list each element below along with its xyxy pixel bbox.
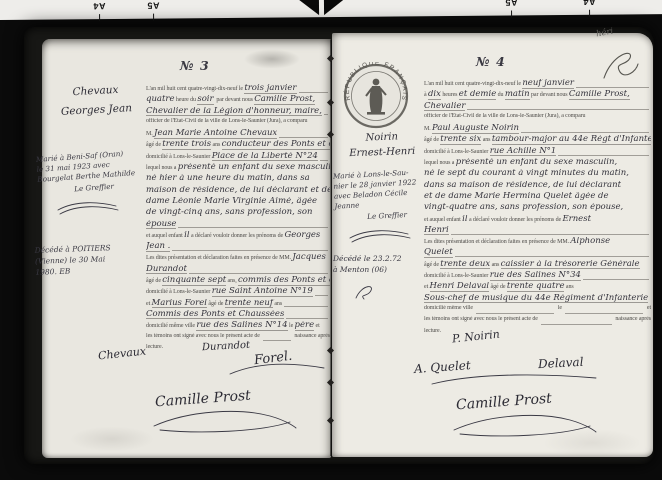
blank-rule: [315, 295, 328, 296]
printed-text: domicilié à Lons-le-Saunier: [424, 149, 490, 155]
blank-rule: [279, 137, 328, 138]
handwritten-text: et demie: [459, 90, 496, 100]
blank-rule: [178, 227, 328, 228]
handwritten-text: Marius Forel: [152, 299, 207, 309]
handwritten-text: dix: [428, 90, 441, 100]
film-marker: A5: [498, 0, 524, 18]
handwritten-text: rue Saint Antoine N°19: [212, 287, 313, 297]
handwritten-text: maison de résidence, de lui déclarant et…: [146, 186, 330, 195]
handwritten-text: vingt-quatre ans, sans profession, son é…: [424, 203, 623, 212]
record-line: maison de résidence, de lui déclarant et…: [146, 186, 330, 197]
revenue-stamp: RÉPUBLIQUE FRANÇAISE: [342, 62, 410, 130]
record-line: Quelet: [424, 248, 651, 259]
handwritten-text: rue des Salines N°34: [490, 271, 581, 281]
printed-text: du: [190, 97, 197, 103]
handwritten-text: trente neuf: [225, 299, 273, 309]
record-line: domicilié à Lons-le-Saunier rue des Sali…: [424, 271, 651, 282]
printed-text: âgé de: [207, 301, 225, 307]
film-marker-tick: [511, 10, 512, 17]
handwritten-text: rue des Salines N°14: [196, 321, 287, 331]
handwritten-text: trois janvier: [244, 84, 296, 94]
handwritten-text: père: [295, 321, 315, 331]
printed-text: ans: [490, 262, 501, 268]
handwritten-text: dans sa maison de résidence, de lui décl…: [424, 181, 621, 190]
record-line: M. Paul Auguste Noirin: [424, 124, 651, 135]
handwritten-text: Georges: [284, 231, 320, 240]
handwritten-text: né hier à une heure du matin, dans sa: [146, 174, 310, 183]
greffier-paraph-icon: [348, 226, 412, 244]
film-marker-label: A5: [147, 1, 160, 11]
printed-text: domicilié à Lons-le-Saunier: [424, 273, 490, 279]
record-line: domicilié à Lons-le-Saunier rue Saint An…: [146, 287, 330, 298]
act-body-right: L'an mil huit cent quatre-vingt-dix-neuf…: [424, 79, 651, 339]
printed-text: officier de l'État-Civil de la ville de …: [424, 113, 585, 119]
printed-text: les témoins ont signé avec nous le prése…: [424, 316, 539, 322]
handwritten-text: quatre: [146, 95, 175, 104]
handwritten-text: Alphonse: [570, 237, 610, 246]
record-line: Commis des Ponts et Chaussées: [146, 310, 330, 321]
film-marker-tick: [153, 14, 154, 21]
record-line: et de dame Marie Hermina Quelet âgée de: [424, 192, 651, 203]
printed-text: L'an mil huit cent quatre-vingt-dix-neuf…: [424, 81, 522, 87]
printed-text: M.: [424, 126, 432, 132]
handwritten-text: Ernest: [562, 215, 591, 224]
printed-text: lecture.: [424, 328, 441, 334]
printed-text: naissance après: [614, 316, 651, 322]
printed-text: le: [288, 323, 295, 329]
margin-name-right: Noirin Ernest-Henri: [336, 128, 429, 161]
handwritten-text: Jean .: [146, 242, 170, 252]
record-line: domicilié même ville rue des Salines N°1…: [146, 321, 330, 332]
signature-flourish-icon: [150, 408, 300, 434]
handwritten-text: épouse: [146, 220, 176, 230]
record-line: domicilié à Lons-le-Saunier Place de la …: [146, 152, 330, 163]
signature-flourish-icon: [228, 360, 328, 378]
act-number-left: № 3: [180, 58, 210, 73]
handwritten-text: Jean Marie Antoine Chevaux: [154, 129, 277, 139]
printed-text: a déclaré vouloir donner les prénoms de: [468, 217, 563, 223]
record-line: et Henri Delaval âgé de trente quatre an…: [424, 282, 651, 293]
record-line: âgé de trente deux ans caissier à la tré…: [424, 260, 651, 271]
handwritten-text: tambour-major au 44e Régt d'Infanterie: [492, 135, 651, 145]
printed-text: a déclaré vouloir donner les prénoms de: [190, 233, 285, 239]
blank-rule: [451, 234, 649, 235]
film-marker: A4: [86, 0, 112, 21]
printed-text: officier de l'État-Civil de la ville de …: [146, 118, 307, 124]
film-marker-label: A4: [583, 0, 596, 7]
handwritten-text: Camille Prost,: [254, 95, 315, 105]
margin-note-death-left: Décédé à POITIERS (Vienne) le 30 Mai 198…: [34, 241, 139, 278]
blank-rule: [521, 132, 649, 133]
handwritten-text: Henri Delaval: [430, 282, 490, 292]
record-line: âgé de trente six ans tambour-major au 4…: [424, 135, 651, 146]
printed-text: âgé de: [424, 262, 440, 268]
blank-rule: [455, 256, 649, 257]
printed-text: par devant nous: [530, 92, 569, 98]
printed-text: par devant nous: [214, 97, 255, 103]
record-line: Henri: [424, 226, 651, 237]
record-line: à dix heures et demie du matin par devan…: [424, 90, 651, 101]
handwritten-text: Henri: [424, 226, 449, 236]
record-line: L'an mil huit cent quatre-vingt-dix-neuf…: [424, 79, 651, 90]
film-marker: A5: [140, 0, 166, 21]
handwritten-text: Jacques: [292, 253, 326, 262]
printed-text: ans,: [226, 278, 238, 284]
handwritten-text: et de dame Marie Hermina Quelet âgée de: [424, 192, 609, 201]
frame-separator-mark-icon: [324, 0, 351, 15]
printed-text: domicilié même ville: [424, 305, 474, 311]
handwritten-text: présenté un enfant du sexe masculin,: [178, 163, 330, 172]
blank-rule: [189, 273, 328, 274]
handwritten-text: présenté un enfant du sexe masculin,: [456, 158, 617, 167]
margin-name-left: Chevaux Georges Jean: [45, 79, 147, 122]
printed-text: domicilié à Lons-le-Saunier: [146, 289, 212, 295]
act-body-left: L'an mil huit cent quatre-vingt-dix-neuf…: [146, 84, 330, 355]
handwritten-text: rue Achille N°1: [490, 147, 557, 157]
printed-text: naissance après: [293, 333, 330, 339]
record-line: Les dites présentation et déclaration fa…: [146, 253, 330, 264]
handwritten-text: Sous-chef de musique du 44e Régiment d'I…: [424, 294, 648, 304]
record-line: officier de l'État-Civil de la ville de …: [146, 118, 330, 129]
handwritten-text: trente deux: [440, 260, 490, 270]
margin-note-death-right: Décédé le 23.2.72 à Menton (06): [333, 253, 429, 275]
printed-text: heures: [441, 92, 459, 98]
handwritten-text: trente trois: [162, 140, 211, 150]
record-line: épouse: [146, 220, 330, 231]
printed-text: ans: [211, 142, 222, 148]
blank-rule: [284, 306, 328, 307]
blank-rule: [299, 92, 329, 93]
printed-text: lecture.: [146, 344, 163, 350]
handwritten-text: matin: [505, 90, 530, 100]
blank-rule: [286, 318, 328, 319]
record-line: Durandot: [146, 265, 330, 276]
signature-witness-2: Delaval: [538, 355, 584, 371]
greffier-paraph-icon: [56, 198, 120, 216]
blank-rule: [476, 313, 554, 314]
handwritten-text: commis des Ponts et chaussées: [238, 276, 330, 286]
printed-text: et: [645, 305, 651, 311]
handwritten-text: Chevalier de la Légion d'honneur, maire,: [146, 107, 322, 117]
signature-flourish-icon: [450, 412, 600, 438]
printed-text: ans: [481, 137, 492, 143]
printed-text: et auquel enfant: [146, 233, 184, 239]
record-line: domicilié à Lons-le-Saunier rue Achille …: [424, 147, 651, 158]
handwritten-text: cinquante sept: [162, 276, 226, 286]
record-line: Les dites présentation et déclaration fa…: [424, 237, 651, 248]
act-number-right: № 4: [476, 54, 506, 69]
record-line: les témoins ont signé avec nous le prése…: [424, 316, 651, 327]
margin-note-marriage-left: Marié à Beni-Saf (Oran) le 31 mai 1923 a…: [36, 147, 151, 197]
handwritten-text: trente six: [440, 135, 481, 145]
handwritten-text: Chevalier: [424, 102, 465, 112]
record-line: et auquel enfant il a déclaré vouloir do…: [146, 231, 330, 242]
record-line: Chevalier de la Légion d'honneur, maire,: [146, 107, 330, 118]
handwritten-text: Quelet: [424, 248, 453, 258]
printed-text: Les dites présentation et déclaration fa…: [146, 255, 292, 261]
handwritten-text: Commis des Ponts et Chaussées: [146, 310, 284, 320]
record-line: né le sept du courant à vingt minutes du…: [424, 169, 651, 180]
record-line: lequel nous a présenté un enfant du sexe…: [146, 163, 330, 174]
record-line: dame Léonie Marie Virginie Aimé, âgée: [146, 197, 330, 208]
handwritten-text: Durandot: [146, 265, 187, 275]
printed-text: âgé de: [146, 278, 162, 284]
handwritten-text: neuf janvier: [522, 79, 574, 89]
record-line: L'an mil huit cent quatre-vingt-dix-neuf…: [146, 84, 330, 95]
printed-text: heure: [175, 97, 191, 103]
film-marker-label: A4: [93, 1, 106, 11]
record-line: âgé de trente trois ans conducteur des P…: [146, 140, 330, 151]
handwritten-text: né le sept du courant à vingt minutes du…: [424, 169, 629, 178]
record-line: né hier à une heure du matin, dans sa: [146, 174, 330, 185]
printed-text: et auquel enfant: [424, 217, 462, 223]
handwritten-text: soir: [197, 95, 213, 105]
microfilm-frame: A4 A5 A5 A4 № 3 Chevaux Georges Jean Mar…: [0, 0, 662, 480]
signature-flourish-icon: [430, 372, 600, 388]
printed-text: L'an mil huit cent quatre-vingt-dix-neuf…: [146, 86, 244, 92]
film-marker-label: A5: [505, 0, 518, 8]
record-line: et Marius Forel âgé de trente neuf ans: [146, 299, 330, 310]
margin-firstnames: Ernest-Henri: [336, 143, 428, 161]
blank-rule: [583, 279, 649, 280]
blank-rule: [263, 340, 291, 341]
printed-text: domicilié à Lons-le-Saunier: [146, 154, 212, 160]
record-line: âgé de cinquante sept ans, commis des Po…: [146, 276, 330, 287]
blank-rule: [576, 87, 649, 88]
blank-rule: [467, 109, 649, 110]
printed-text: du: [496, 92, 505, 98]
printed-text: Les dites présentation et déclaration fa…: [424, 239, 570, 245]
handwritten-text: trente quatre: [507, 282, 565, 292]
pencil-paraph-icon: [598, 44, 642, 84]
printed-text: lequel nous a: [424, 160, 456, 166]
printed-text: et: [314, 323, 320, 329]
blank-rule: [320, 160, 328, 161]
blank-rule: [565, 313, 643, 314]
printed-text: ans: [564, 284, 573, 290]
blank-rule: [172, 250, 328, 251]
handwritten-text: Paul Auguste Noirin: [432, 124, 519, 134]
handwritten-text: caissier à la trésorerie Générale: [501, 260, 640, 270]
handwritten-text: Camille Prost,: [569, 90, 630, 100]
record-line: lequel nous a présenté un enfant du sexe…: [424, 158, 651, 169]
handwritten-text: conducteur des Ponts et chaussées: [222, 140, 330, 150]
record-line: et auquel enfant il a déclaré vouloir do…: [424, 215, 651, 226]
filmstrip: A4 A5 A5 A4: [0, 0, 662, 20]
printed-text: ans: [273, 301, 282, 307]
film-marker-tick: [99, 14, 100, 21]
printed-text: le: [556, 305, 563, 311]
frame-separator-mark-icon: [292, 0, 319, 15]
handwritten-text: Place de la Liberté N°24: [212, 152, 318, 162]
film-marker-tick: [589, 10, 590, 17]
death-paraph-icon: [352, 280, 382, 304]
blank-rule: [541, 324, 612, 325]
record-line: Jean .: [146, 242, 330, 253]
printed-text: M.: [146, 131, 154, 137]
record-line: de vingt-cinq ans, sans profession, son: [146, 208, 330, 219]
record-line: dans sa maison de résidence, de lui décl…: [424, 181, 651, 192]
record-line: vingt-quatre ans, sans profession, son é…: [424, 203, 651, 214]
printed-text: âgé de: [146, 142, 162, 148]
record-line: Sous-chef de musique du 44e Régiment d'I…: [424, 294, 651, 305]
printed-text: lequel nous a: [146, 165, 178, 171]
blank-rule: [324, 114, 328, 115]
book-spine: [330, 40, 332, 456]
handwritten-text: de vingt-cinq ans, sans profession, son: [146, 208, 312, 217]
film-marker: A4: [576, 0, 602, 17]
record-line: officier de l'État-Civil de la ville de …: [424, 113, 651, 124]
printed-text: âgé de: [424, 137, 440, 143]
handwritten-text: dame Léonie Marie Virginie Aimé, âgée: [146, 197, 317, 206]
blank-rule: [558, 155, 649, 156]
record-line: M. Jean Marie Antoine Chevaux: [146, 129, 330, 140]
record-line: domicilié même ville le et: [424, 305, 651, 316]
printed-text: âgé de: [489, 284, 507, 290]
printed-text: les témoins ont signé avec nous le prése…: [146, 333, 261, 339]
record-line: Chevalier: [424, 102, 651, 113]
printed-text: domicilié même ville: [146, 323, 196, 329]
record-line: quatre heure du soir par devant nous Cam…: [146, 95, 330, 106]
